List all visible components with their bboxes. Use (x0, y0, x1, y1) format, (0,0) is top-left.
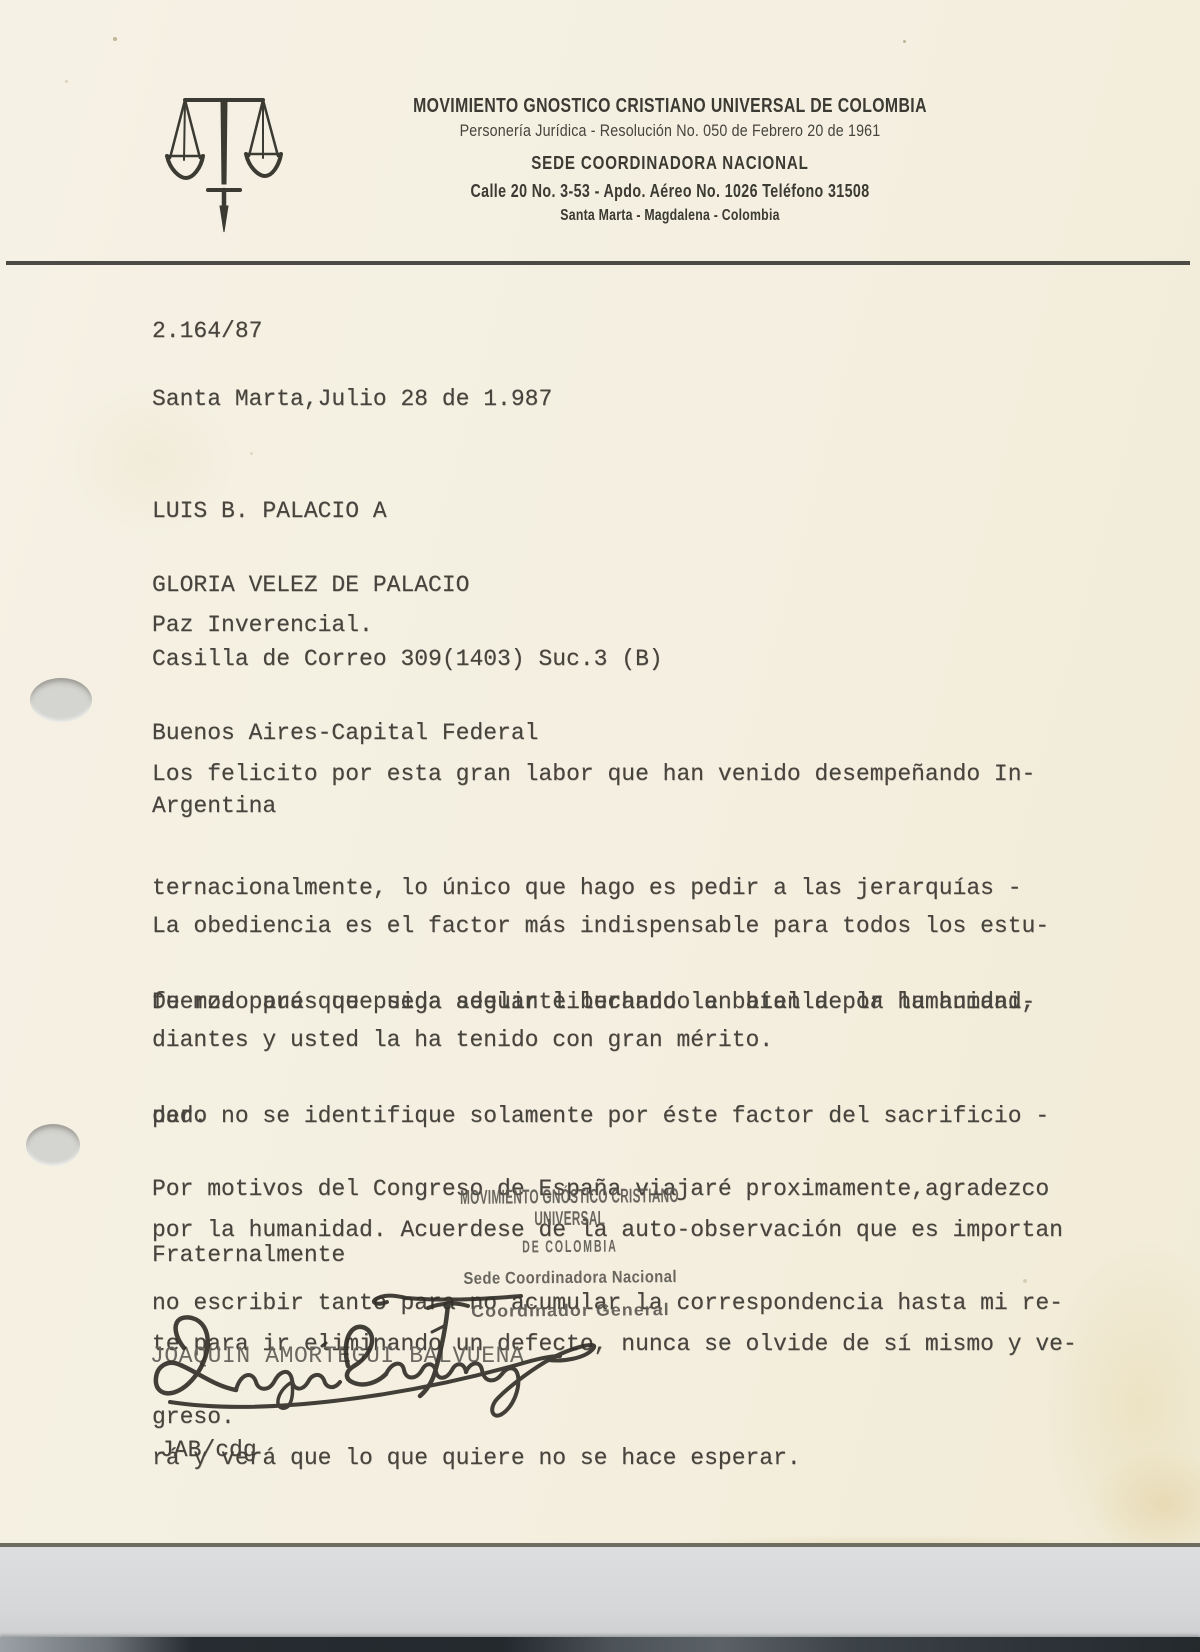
paper-speck (113, 37, 117, 41)
scanner-dark-band (0, 1637, 1200, 1652)
closing: Fraternalmente (152, 1242, 345, 1268)
letterhead-divider-rule (6, 261, 1190, 265)
paper-speck (903, 40, 906, 43)
letterhead-city-line: Santa Marta - Magdalena - Colombia (393, 206, 947, 225)
letterhead-legal-line: Personería Jurídica - Resolución No. 050… (368, 121, 973, 140)
stamp-line: MOVIMIENTO GNÓSTICO CRISTIANO UNIVERSAL (428, 1185, 712, 1231)
handwritten-signature (140, 1270, 660, 1430)
reference-number: 2.164/87 (152, 318, 262, 344)
body-line: De modo pués que siga adelante luchando … (152, 983, 1077, 1021)
letterhead: MOVIMIENTO GNOSTICO CRISTIANO UNIVERSAL … (310, 94, 1030, 225)
hole-punch-top (30, 678, 92, 722)
scanner-background (0, 1547, 1200, 1637)
body-line: Los felicito por esta gran labor que han… (152, 755, 1035, 793)
hole-punch-bottom (26, 1124, 80, 1166)
recipient-line: LUIS B. PALACIO A (152, 499, 663, 524)
letterhead-org-name: MOVIMIENTO GNOSTICO CRISTIANO UNIVERSAL … (386, 94, 955, 118)
typist-initials: JAB/cdg (160, 1437, 257, 1463)
paper-speck (65, 80, 68, 83)
date-line: Santa Marta,Julio 28 de 1.987 (152, 386, 552, 412)
scanned-letter-page: MOVIMIENTO GNOSTICO CRISTIANO UNIVERSAL … (0, 0, 1200, 1652)
letterhead-address-line: Calle 20 No. 3-53 - Apdo. Aéreo No. 1026… (393, 180, 947, 201)
salutation: Paz Inverencial. (152, 612, 373, 638)
recipient-line: Casilla de Correo 309(1403) Suc.3 (B) (152, 647, 663, 672)
stamp-line: DE COLOMBIA (421, 1236, 719, 1259)
recipient-line: GLORIA VELEZ DE PALACIO (152, 573, 663, 598)
letterhead-office-line: SEDE COORDINADORA NACIONAL (368, 153, 973, 174)
scales-of-justice-logo (160, 90, 285, 238)
